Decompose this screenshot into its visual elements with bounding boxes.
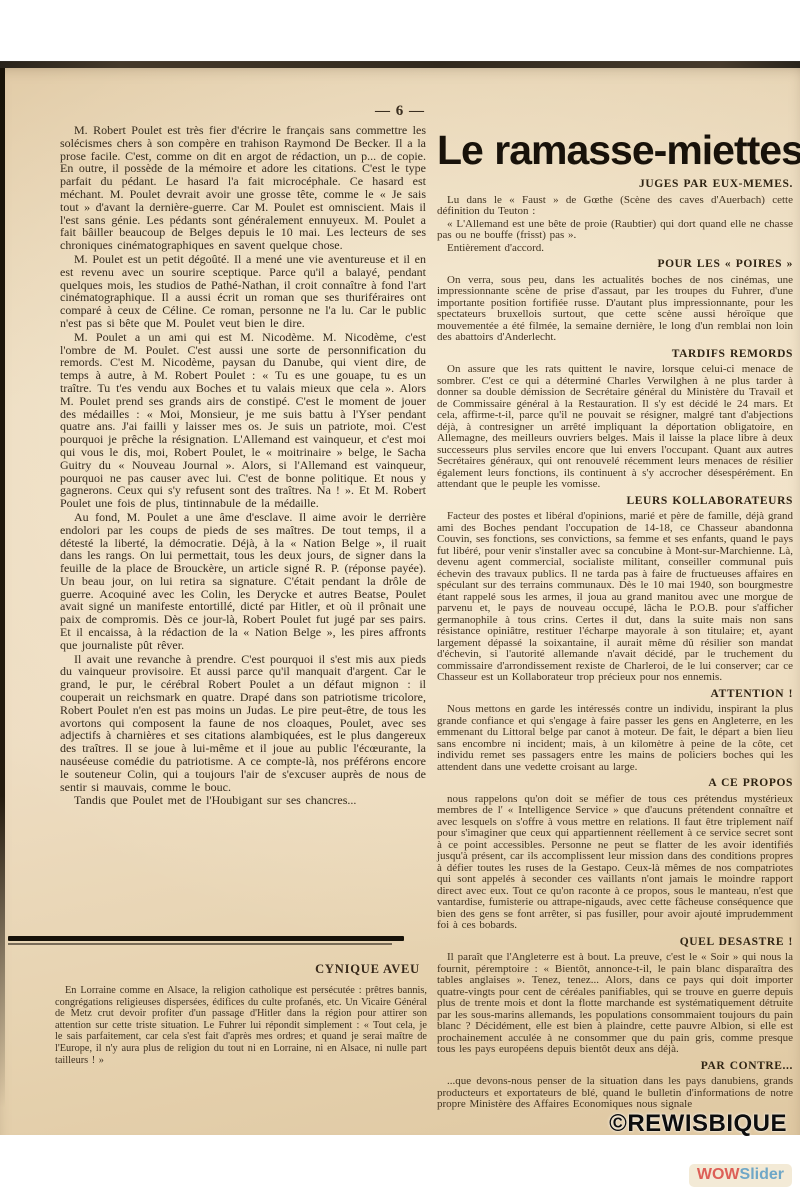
section-heading: TARDIFS REMORDS (437, 349, 793, 361)
section-heading: A CE PROPOS (437, 778, 793, 790)
section-paragraph: Facteur des postes et libéral d'opinions… (437, 511, 793, 684)
section-heading: LEURS KOLLABORATEURS (437, 496, 793, 508)
column-title: Le ramasse-miettes (437, 127, 793, 173)
scanned-newspaper-page: { "page": { "number": "— 6 —" }, "left_c… (0, 0, 800, 1200)
wow-label: WOW (697, 1166, 740, 1183)
section-paragraph: Entièrement d'accord. (437, 243, 793, 255)
copyright-watermark: ©REWISBIQUE (609, 1110, 787, 1138)
cynique-aveu-body: En Lorraine comme en Alsace, la religion… (55, 985, 427, 1066)
section-a-ce-propos: A CE PROPOSnous rappelons qu'on doit se … (437, 778, 793, 932)
section-paragraph: On verra, sous peu, dans les actualités … (437, 275, 793, 344)
slider-label: Slider (740, 1166, 784, 1183)
left-paragraph-4: Au fond, M. Poulet a une âme d'esclave. … (60, 511, 426, 652)
section-heading: POUR LES « POIRES » (437, 259, 793, 271)
section-attention: ATTENTION !Nous mettons en garde les int… (437, 689, 793, 774)
section-leurs-kollaborateurs: LEURS KOLLABORATEURSFacteur des postes e… (437, 496, 793, 684)
section-paragraph: On assure que les rats quittent le navir… (437, 364, 793, 491)
left-paragraph-5: Il avait une revanche à prendre. C'est p… (60, 653, 426, 794)
left-paragraph-6: Tandis que Poulet met de l'Houbigant sur… (60, 794, 426, 807)
left-column: M. Robert Poulet est très fier d'écrire … (60, 124, 426, 807)
section-paragraph: Il paraît que l'Angleterre est à bout. L… (437, 952, 793, 1056)
wowslider-watermark-link[interactable]: WOWSlider (689, 1164, 792, 1187)
section-heading: PAR CONTRE... (437, 1061, 793, 1073)
left-paragraph-1: M. Robert Poulet est très fier d'écrire … (60, 124, 426, 252)
section-heading: QUEL DESASTRE ! (437, 937, 793, 949)
section-quel-desastre: QUEL DESASTRE !Il paraît que l'Angleterr… (437, 937, 793, 1056)
section-juges-par-eux-memes: JUGES PAR EUX-MEMES.Lu dans le « Faust »… (437, 179, 793, 254)
section-paragraph: nous rappelons qu'on doit se méfier de t… (437, 794, 793, 932)
section-heading: JUGES PAR EUX-MEMES. (437, 179, 793, 191)
right-column: Le ramasse-miettes JUGES PAR EUX-MEMES.L… (437, 127, 793, 1112)
paper-top-shadow (0, 61, 800, 68)
page-number: — 6 — (0, 103, 800, 120)
section-paragraph: Nous mettons en garde les intéressés con… (437, 704, 793, 773)
section-par-contre: PAR CONTRE......que devons-nous penser d… (437, 1061, 793, 1111)
section-heading: ATTENTION ! (437, 689, 793, 701)
section-pour-les-poires: POUR LES « POIRES »On verra, sous peu, d… (437, 259, 793, 344)
right-column-sections: JUGES PAR EUX-MEMES.Lu dans le « Faust »… (437, 179, 793, 1111)
section-tardifs-remords: TARDIFS REMORDSOn assure que les rats qu… (437, 349, 793, 491)
section-paragraph: « L'Allemand est une bête de proie (Raub… (437, 219, 793, 242)
divider-thick-rule (8, 936, 404, 941)
section-paragraph: Lu dans le « Faust » de Gœthe (Scène des… (437, 195, 793, 218)
section-paragraph: ...que devons-nous penser de la situatio… (437, 1076, 793, 1111)
left-paragraph-2: M. Poulet est un petit dégoûté. Il a men… (60, 253, 426, 330)
section-divider (8, 936, 404, 945)
divider-thin-rule (8, 943, 392, 945)
left-paragraph-3: M. Poulet a un ami qui est M. Nicodème. … (60, 331, 426, 510)
cynique-aveu-heading: CYNIQUE AVEU (60, 962, 420, 977)
paper-left-shadow (0, 68, 5, 1108)
